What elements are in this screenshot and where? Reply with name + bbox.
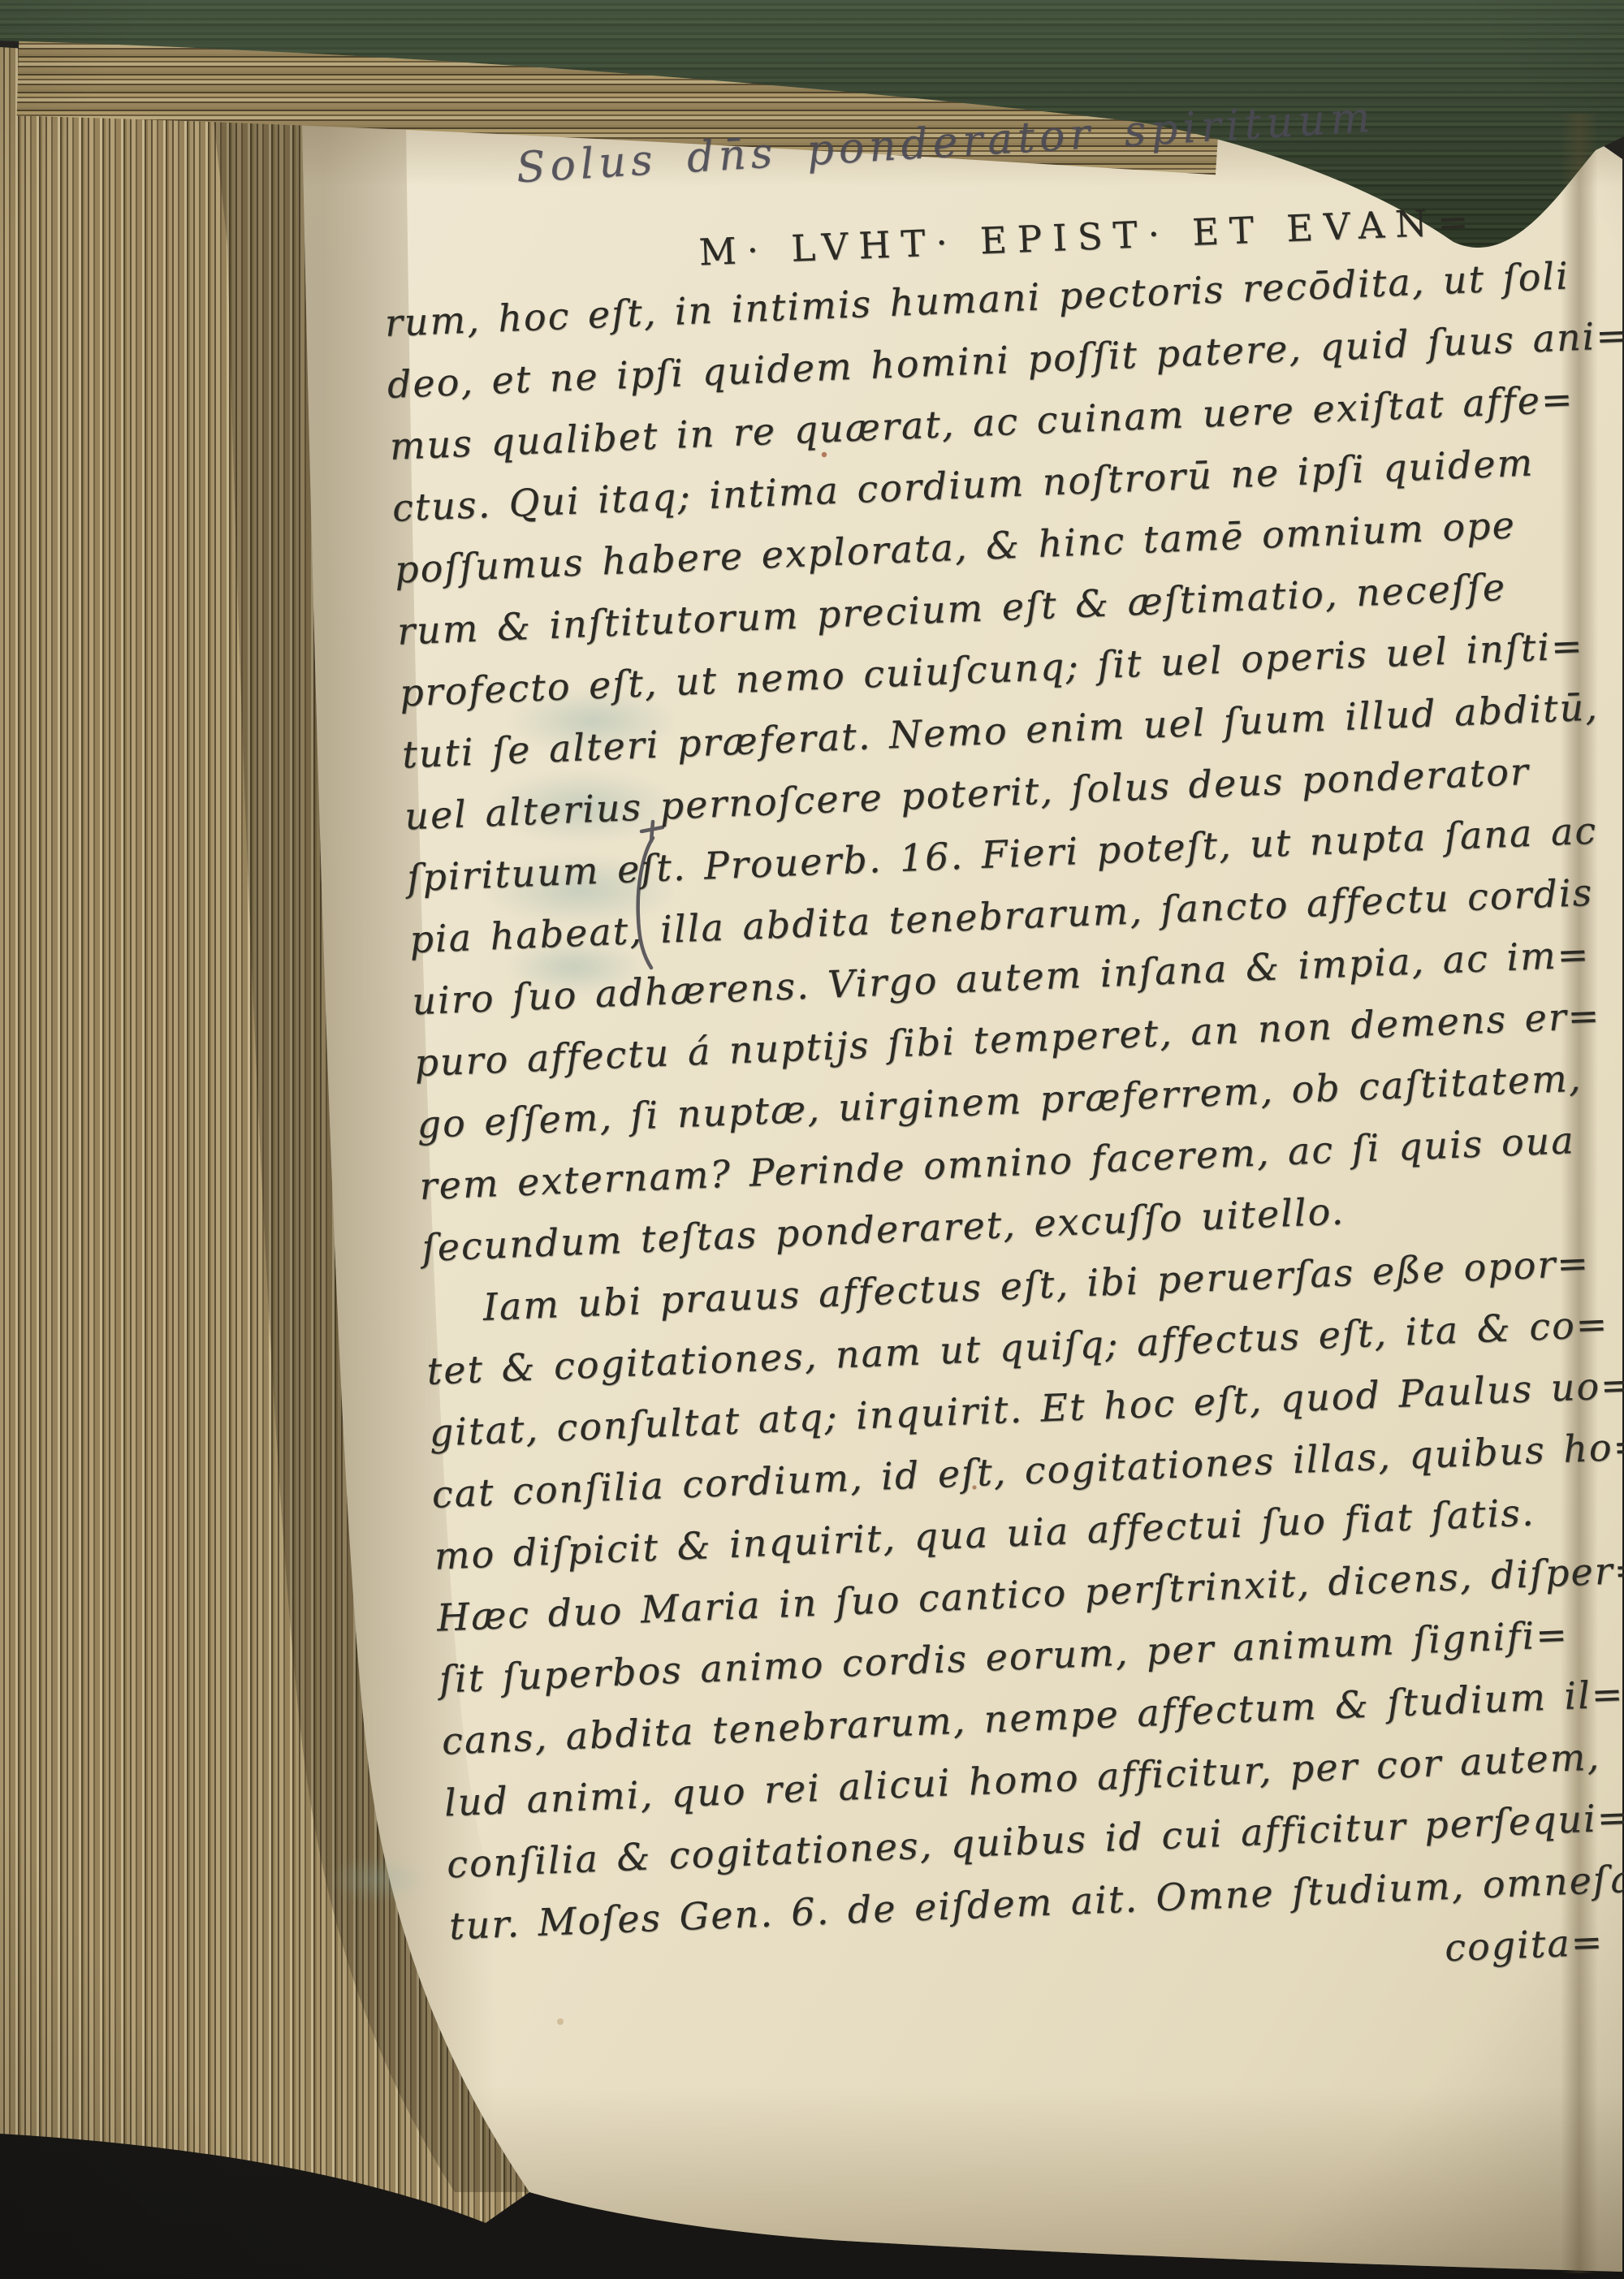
show-through-stain xyxy=(325,1855,430,1904)
text-block: M· LVHT· EPIST· ET EVAN= rum, hoc eſt, i… xyxy=(382,194,1624,2018)
